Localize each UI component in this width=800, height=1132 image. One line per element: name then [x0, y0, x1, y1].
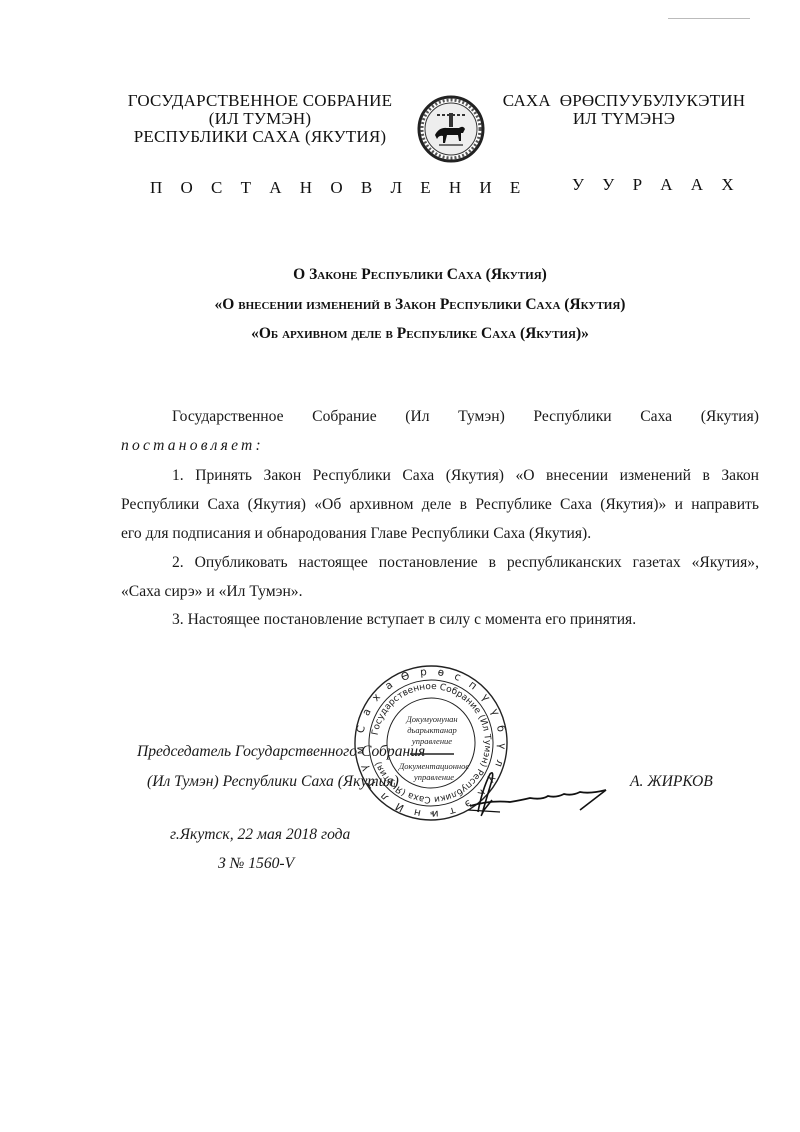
doc-type-yakut: У У Р А А Х — [572, 175, 741, 195]
issuer-line: РЕСПУБЛИКИ САХА (ЯКУТИЯ) — [110, 128, 410, 146]
place-and-date: г.Якутск, 22 мая 2018 года — [170, 826, 470, 844]
issuer-line: ИЛ ТҮМЭНЭ — [488, 110, 760, 128]
issuer-line: (ИЛ ТУМЭН) — [110, 110, 410, 128]
issuer-line: САХА ӨРӨСПУУБУЛУКЭТИН — [488, 92, 760, 110]
document-title-line: «Об архивном деле в Республике Саха (Яку… — [100, 325, 740, 343]
signatory-name: А. ЖИРКОВ — [630, 773, 750, 791]
item-1-line: его для подписания и обнародования Главе… — [121, 525, 759, 543]
document-title-line: О Законе Республики Саха (Якутия) — [100, 266, 740, 284]
svg-text:дьарыктанар: дьарыктанар — [407, 725, 457, 735]
item-2-line: «Саха сирэ» и «Ил Тумэн». — [121, 583, 759, 601]
issuer-name-yakut: САХА ӨРӨСПУУБУЛУКЭТИН ИЛ ТҮМЭНЭ — [488, 92, 760, 128]
preamble-verb: постановляет: — [121, 437, 759, 455]
svg-text:Докумуонунан: Докумуонунан — [405, 714, 457, 724]
preamble-line: Государственное Собрание (Ил Тумэн) Респ… — [172, 408, 759, 426]
document-title-line: «О внесении изменений в Закон Республики… — [100, 296, 740, 314]
item-3-line: 3. Настоящее постановление вступает в си… — [172, 611, 800, 629]
handwritten-signature-icon — [430, 770, 615, 820]
item-2-line: 2. Опубликовать настоящее постановление … — [172, 554, 759, 572]
emblem-icon — [417, 95, 485, 163]
item-1-line: Республики Саха (Якутия) «Об архивном де… — [121, 496, 759, 514]
scan-artifact — [668, 18, 750, 19]
issuer-line: ГОСУДАРСТВЕННОЕ СОБРАНИЕ — [110, 92, 410, 110]
item-1-line: 1. Принять Закон Республики Саха (Якутия… — [172, 467, 759, 485]
doc-type-russian: П О С Т А Н О В Л Е Н И Е — [150, 178, 527, 198]
svg-text:управление: управление — [411, 736, 452, 746]
issuer-name-russian: ГОСУДАРСТВЕННОЕ СОБРАНИЕ (ИЛ ТУМЭН) РЕСП… — [110, 92, 410, 146]
document-number: З № 1560-V — [218, 855, 418, 873]
